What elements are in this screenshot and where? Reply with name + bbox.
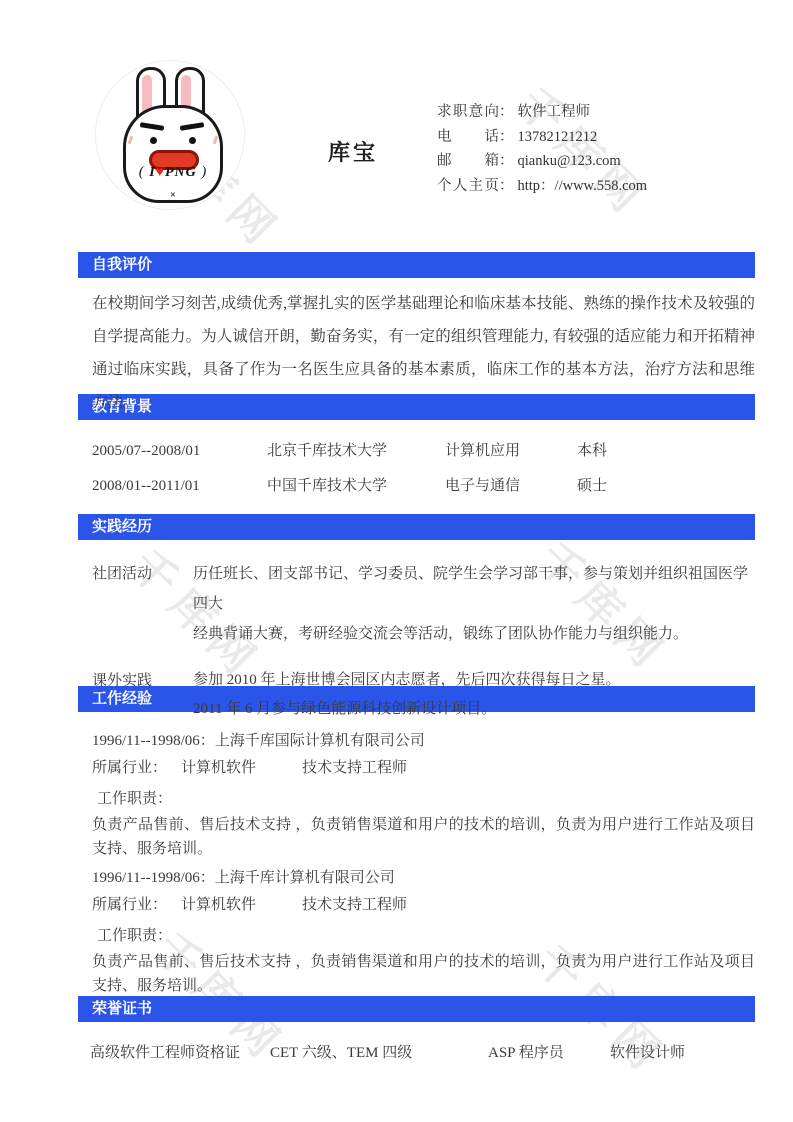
- contact-colon: ：: [499, 100, 514, 125]
- industry-label: 所属行业：: [92, 760, 167, 776]
- email-value: qianku@123.com: [518, 149, 621, 174]
- industry-value: 计算机软件: [181, 897, 256, 913]
- work-entry: 1996/11--1998/06：上海千库国际计算机有限司公司 所属行业：计算机…: [92, 730, 755, 861]
- education-school: 北京千库技术大学: [267, 440, 445, 462]
- education-row: 2008/01--2011/01 中国千库技术大学 电子与通信 硕士: [92, 475, 755, 497]
- work-period-company: 1996/11--1998/06：上海千库计算机有限司公司: [92, 867, 755, 890]
- contact-row-email: 邮箱：qianku@123.com: [437, 149, 647, 174]
- contact-row-job-intent: 求职意向：软件工程师: [437, 100, 647, 125]
- rabbit-eye-icon: [189, 137, 196, 144]
- education-row: 2005/07--2008/01 北京千库技术大学 计算机应用 本科: [92, 440, 755, 462]
- work-experience-list: 1996/11--1998/06：上海千库国际计算机有限司公司 所属行业：计算机…: [92, 724, 755, 998]
- job-intent-value: 软件工程师: [518, 100, 591, 125]
- rabbit-arm-left-icon: (: [139, 164, 145, 180]
- shirt-letters-png: PNG: [165, 165, 197, 180]
- practice-line: 经典背诵大赛，考研经验交流会等活动，锻练了团队协作能力与组织能力。: [193, 619, 755, 649]
- contact-colon: ：: [499, 149, 514, 174]
- rabbit-shirt-text: ( I♥PNG ): [126, 164, 220, 181]
- rabbit-blush-icon: [128, 136, 134, 145]
- education-list: 2005/07--2008/01 北京千库技术大学 计算机应用 本科 2008/…: [92, 440, 755, 510]
- resume-page: 千库网 千库网 千库网 千库网 千库网 千库网 ( I♥PNG ) × 库宝 求…: [0, 0, 793, 1122]
- education-school: 中国千库技术大学: [267, 475, 445, 497]
- job-role: 技术支持工程师: [302, 760, 407, 776]
- work-industry-line: 所属行业：计算机软件技术支持工程师: [92, 757, 755, 780]
- practice-list: 社团活动 历任班长、团支部书记、学习委员、院学生会学习部干事，参与策划并组织祖国…: [92, 559, 755, 724]
- education-period: 2005/07--2008/01: [92, 440, 267, 462]
- heart-icon: ♥: [156, 165, 165, 180]
- honor-item: 高级软件工程师资格证: [90, 1042, 270, 1064]
- honor-item: CET 六级、TEM 四级: [270, 1042, 488, 1064]
- education-degree: 本科: [577, 440, 755, 462]
- practice-line: 2011 年 6 月参与绿色能源科技创新设计项目。: [193, 695, 755, 724]
- contact-colon: ：: [499, 125, 514, 150]
- practice-description: 参加 2010 年上海世博会园区内志愿者，先后四次获得每日之星。 2011 年 …: [193, 666, 755, 724]
- job-role: 技术支持工程师: [302, 897, 407, 913]
- honors-list: 高级软件工程师资格证 CET 六级、TEM 四级 ASP 程序员 软件设计师: [90, 1042, 755, 1064]
- education-major: 电子与通信: [445, 475, 577, 497]
- homepage-value: http：//www.558.com: [518, 174, 648, 199]
- practice-label: 社团活动: [92, 559, 193, 649]
- education-degree: 硕士: [577, 475, 755, 497]
- practice-row-club: 社团活动 历任班长、团支部书记、学习委员、院学生会学习部干事，参与策划并组织祖国…: [92, 559, 755, 649]
- rabbit-eyebrow-icon: [140, 122, 164, 131]
- honor-item: 软件设计师: [610, 1042, 755, 1064]
- practice-line: 历任班长、团支部书记、学习委员、院学生会学习部干事，参与策划并组织祖国医学四大: [193, 559, 755, 619]
- duty-label: 工作职责：: [92, 925, 755, 948]
- self-evaluation-text: 在校期间学习刻苦,成绩优秀,掌握扎实的医学基础理论和临床基本技能、熟练的操作技术…: [92, 287, 755, 419]
- education-major: 计算机应用: [445, 440, 577, 462]
- duty-text: 负责产品售前、售后技术支持 ，负责销售渠道和用户的技术的培训，负责为用户进行工作…: [92, 950, 755, 998]
- work-industry-line: 所属行业：计算机软件技术支持工程师: [92, 894, 755, 917]
- phone-value: 13782121212: [518, 125, 598, 150]
- contact-row-phone: 电话：13782121212: [437, 125, 647, 150]
- practice-label: 课外实践: [92, 666, 193, 724]
- section-header-honors: 荣誉证书: [78, 996, 755, 1022]
- work-period-company: 1996/11--1998/06：上海千库国际计算机有限司公司: [92, 730, 755, 753]
- honor-item: ASP 程序员: [488, 1042, 610, 1064]
- rabbit-eyebrow-icon: [180, 122, 204, 131]
- practice-row-extracurricular: 课外实践 参加 2010 年上海世博会园区内志愿者，先后四次获得每日之星。 20…: [92, 666, 755, 724]
- education-period: 2008/01--2011/01: [92, 475, 267, 497]
- contact-label: 邮箱: [437, 149, 499, 174]
- contact-row-homepage: 个人主页：http：//www.558.com: [437, 174, 647, 199]
- industry-label: 所属行业：: [92, 897, 167, 913]
- candidate-name: 库宝: [328, 136, 378, 167]
- rabbit-blush-icon: [213, 136, 219, 145]
- industry-value: 计算机软件: [181, 760, 256, 776]
- duty-text: 负责产品售前、售后技术支持 ，负责销售渠道和用户的技术的培训，负责为用户进行工作…: [92, 813, 755, 861]
- duty-label: 工作职责：: [92, 788, 755, 811]
- section-header-self-evaluation: 自我评价: [78, 252, 755, 278]
- rabbit-eye-icon: [150, 137, 157, 144]
- section-header-practice: 实践经历: [78, 514, 755, 540]
- rabbit-belly-mark: ×: [126, 190, 220, 201]
- rabbit-avatar-icon: ( I♥PNG ) ×: [95, 60, 245, 210]
- contact-colon: ：: [499, 174, 514, 199]
- contact-info: 求职意向：软件工程师 电话：13782121212 邮箱：qianku@123.…: [437, 100, 647, 198]
- work-entry: 1996/11--1998/06：上海千库计算机有限司公司 所属行业：计算机软件…: [92, 867, 755, 998]
- practice-line: 参加 2010 年上海世博会园区内志愿者，先后四次获得每日之星。: [193, 666, 755, 695]
- rabbit-face-icon: ( I♥PNG ) ×: [123, 105, 223, 203]
- practice-description: 历任班长、团支部书记、学习委员、院学生会学习部干事，参与策划并组织祖国医学四大 …: [193, 559, 755, 649]
- contact-label: 个人主页: [437, 174, 499, 199]
- contact-label: 求职意向: [437, 100, 499, 125]
- contact-label: 电话: [437, 125, 499, 150]
- rabbit-arm-right-icon: ): [201, 164, 207, 180]
